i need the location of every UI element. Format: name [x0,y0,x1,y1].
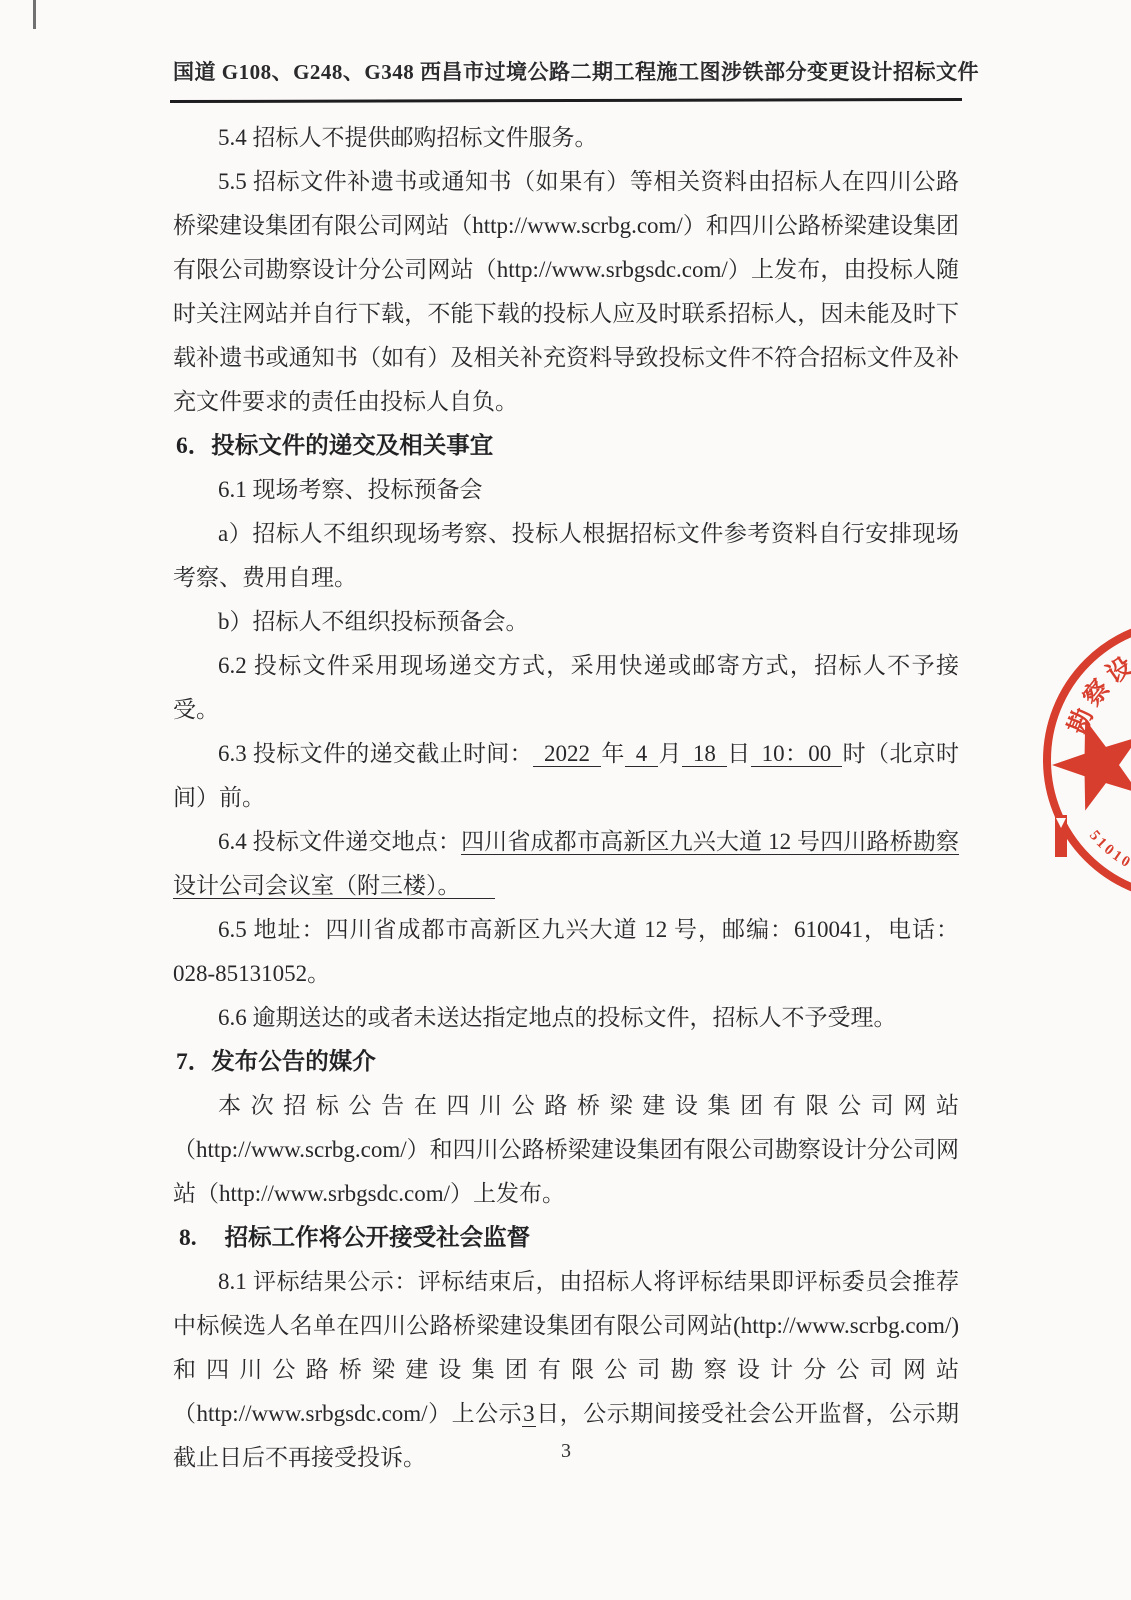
page-number: 3 [173,1440,959,1463]
deadline-time-value: 10：00 [751,741,843,767]
section-6-heading: 6．投标文件的递交及相关事宜 [173,424,959,468]
clause-6-4: 6.4 投标文件递交地点：四川省成都市高新区九兴大道 12 号四川路桥勘察设计公… [173,820,959,908]
unit-day: 日 [727,741,751,766]
section-7-heading: 7．发布公告的媒介 [173,1040,959,1084]
clause-6-1-b: b）招标人不组织投标预备会。 [173,600,959,644]
header-rule [170,98,962,103]
header-doc-type: 招标文件 [893,56,979,86]
seal-inner-mark-notch [1056,818,1066,828]
clause-5-5: 5.5 招标文件补遗书或通知书（如果有）等相关资料由招标人在四川公路桥梁建设集团… [173,160,959,424]
seal-border-circle [1047,622,1131,898]
clause-6-3: 6.3 投标文件的递交截止时间：2022年4月18日10：00时（北京时间）前。 [173,732,959,820]
unit-month: 月 [658,741,682,766]
seal-inner-mark [1055,815,1067,857]
clause-7-body: 本次招标公告在四川公路桥梁建设集团有限公司网站（http://www.scrbg… [173,1084,959,1216]
delivery-place-label: 6.4 投标文件递交地点： [218,829,461,854]
header-project-title: 国道 G108、G248、G348 西昌市过境公路二期工程施工图涉铁部分变更设计 [173,56,893,86]
seal-serial-number: 5101009 [1086,828,1131,881]
clause-6-1-a: a）招标人不组织现场考察、投标人根据招标文件参考资料自行安排现场考察、费用自理。 [173,512,959,600]
deadline-year-value: 2022 [533,741,601,767]
seal-arc-text: 勘察设计分公司 [1063,634,1131,738]
red-official-seal: 勘察设计分公司 5101009 [1020,600,1131,930]
deadline-month-value: 4 [625,741,659,767]
document-page: 国道 G108、G248、G348 西昌市过境公路二期工程施工图涉铁部分变更设计… [0,0,1131,1600]
scan-artifact-line [33,0,36,29]
deadline-day-value: 18 [682,741,727,767]
document-body: 5.4 招标人不提供邮购招标文件服务。 5.5 招标文件补遗书或通知书（如果有）… [173,116,959,1480]
clause-5-4: 5.4 招标人不提供邮购招标文件服务。 [173,116,959,160]
unit-year: 年 [601,741,625,766]
clause-6-2: 6.2 投标文件采用现场递交方式，采用快递或邮寄方式，招标人不予接受。 [173,644,959,732]
deadline-label: 6.3 投标文件的递交截止时间： [218,741,533,766]
clause-6-5: 6.5 地址：四川省成都市高新区九兴大道 12 号，邮编：610041，电话：0… [173,908,959,996]
seal-star-icon [1052,719,1131,810]
section-8-title: 招标工作将公开接受社会监督 [225,1225,531,1251]
page-header: 国道 G108、G248、G348 西昌市过境公路二期工程施工图涉铁部分变更设计… [173,56,959,86]
clause-6-1: 6.1 现场考察、投标预备会 [173,468,959,512]
section-8-heading: 8.招标工作将公开接受社会监督 [173,1216,959,1260]
clause-6-6: 6.6 逾期送达的或者未送达指定地点的投标文件，招标人不予受理。 [173,996,959,1040]
section-8-number: 8. [176,1216,197,1260]
publicity-days-value: 3 [522,1401,536,1427]
